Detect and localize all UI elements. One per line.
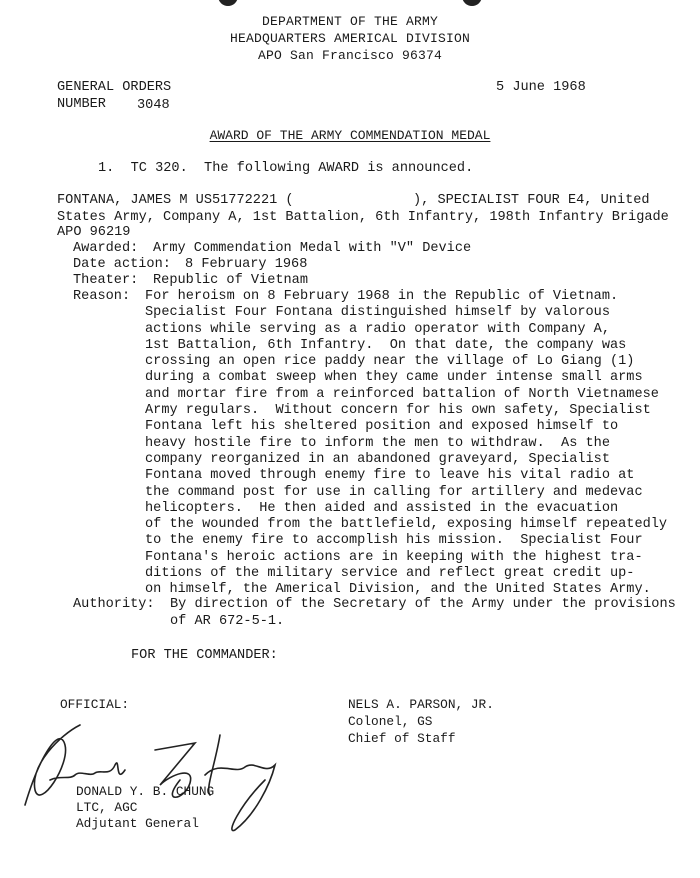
reason-line: actions while serving as a radio operato… — [145, 322, 667, 338]
number-label: NUMBER — [57, 97, 106, 113]
awarded-value: Army Commendation Medal with "V" Device — [153, 241, 471, 256]
date-action-label: Date action: — [73, 257, 171, 272]
chief-rank: Colonel, GS — [348, 713, 432, 730]
reason-line: and mortar fire from a reinforced battal… — [145, 387, 667, 403]
recipient-unit: States Army, Company A, 1st Battalion, 6… — [57, 210, 669, 226]
reason-line: helicopters. He then aided and assisted … — [145, 501, 667, 517]
chief-title: Chief of Staff — [348, 730, 456, 747]
letterhead-line-3: APO San Francisco 96374 — [0, 48, 700, 63]
reason-line: For heroism on 8 February 1968 in the Re… — [145, 289, 667, 305]
recipient-rank: ), SPECIALIST FOUR E4, United — [413, 193, 650, 209]
reason-line: Specialist Four Fontana distinguished hi… — [145, 305, 667, 321]
reason-text: For heroism on 8 February 1968 in the Re… — [145, 289, 667, 599]
recipient-apo: APO 96219 — [57, 225, 130, 241]
reason-line: during a combat sweep when they came und… — [145, 370, 667, 386]
authority-label: Authority: — [73, 597, 155, 612]
document-page: DEPARTMENT OF THE ARMY HEADQUARTERS AMER… — [0, 0, 700, 878]
reason-line: crossing an open rice paddy near the vil… — [145, 354, 667, 370]
closing-line: FOR THE COMMANDER: — [131, 648, 278, 663]
reason-line: of the wounded from the battlefield, exp… — [145, 517, 667, 533]
announcement: 1. TC 320. The following AWARD is announ… — [98, 161, 473, 177]
letterhead-line-1: DEPARTMENT OF THE ARMY — [0, 14, 700, 29]
recipient-name: FONTANA, JAMES M US51772221 ( — [57, 193, 294, 209]
reason-line: 1st Battalion, 6th Infantry. On that dat… — [145, 338, 667, 354]
authority-line-1: By direction of the Secretary of the Arm… — [170, 597, 676, 612]
reason-line: to the enemy fire to accomplish his miss… — [145, 533, 667, 549]
order-number: 3048 — [137, 98, 170, 114]
document-title-text: AWARD OF THE ARMY COMMENDATION MEDAL — [210, 128, 491, 143]
document-title: AWARD OF THE ARMY COMMENDATION MEDAL — [0, 128, 700, 143]
theater-label: Theater: — [73, 273, 138, 288]
punch-hole — [462, 0, 482, 6]
reason-label: Reason: — [73, 289, 130, 304]
reason-line: heavy hostile fire to inform the men to … — [145, 436, 667, 452]
authority-line-2: of AR 672-5-1. — [170, 614, 284, 629]
date-action-value: 8 February 1968 — [185, 257, 307, 272]
general-orders-label: GENERAL ORDERS — [57, 80, 171, 96]
punch-hole — [218, 0, 238, 6]
awarded-label: Awarded: — [73, 241, 138, 256]
theater-value: Republic of Vietnam — [153, 273, 308, 288]
reason-line: company reorganized in an abandoned grav… — [145, 452, 667, 468]
official-rank: LTC, AGC — [76, 799, 137, 816]
chief-name: NELS A. PARSON, JR. — [348, 696, 494, 713]
letterhead-line-2: HEADQUARTERS AMERICAL DIVISION — [0, 31, 700, 46]
order-date: 5 June 1968 — [496, 80, 586, 96]
reason-line: Army regulars. Without concern for his o… — [145, 403, 667, 419]
reason-line: Fontana moved through enemy fire to leav… — [145, 468, 667, 484]
reason-line: ditions of the military service and refl… — [145, 566, 667, 582]
official-name: DONALD Y. B. CHUNG — [76, 783, 214, 800]
reason-line: the command post for use in calling for … — [145, 485, 667, 501]
reason-line: Fontana's heroic actions are in keeping … — [145, 550, 667, 566]
reason-line: Fontana left his sheltered position and … — [145, 419, 667, 435]
official-title: Adjutant General — [76, 815, 199, 832]
